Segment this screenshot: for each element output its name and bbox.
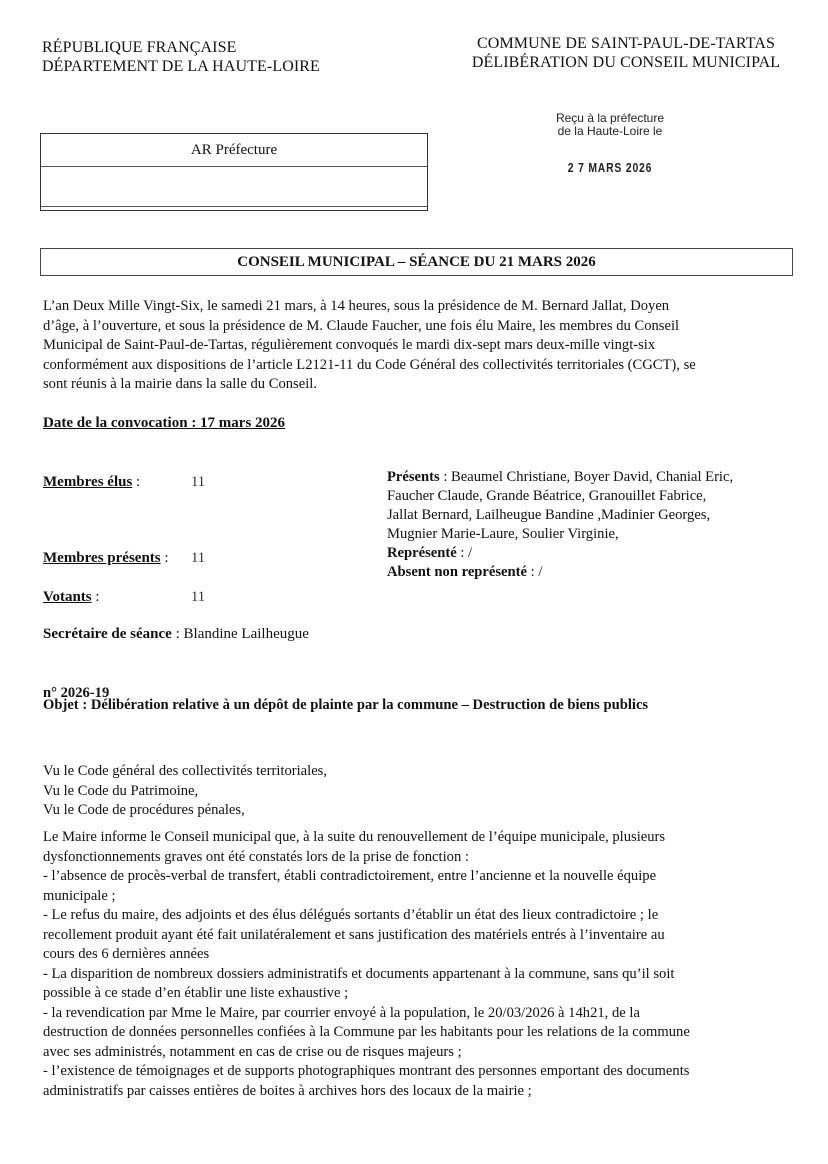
intro-paragraph: L’an Deux Mille Vingt-Six, le samedi 21 … [43,297,793,395]
intro-line: sont réunis à la mairie dans la salle du… [43,375,793,395]
header-left: RÉPUBLIQUE FRANÇAISE DÉPARTEMENT DE LA H… [42,38,320,76]
maire-line: avec ses administrés, notamment en cas d… [43,1043,803,1063]
colon: : [161,550,169,566]
header-departement: DÉPARTEMENT DE LA HAUTE-LOIRE [42,57,320,76]
membres-elus-label: Membres élus : [43,474,140,491]
ar-prefecture-title: AR Préfecture [41,142,427,159]
membres-presents-text: Membres présents [43,550,161,566]
presents-names: Mugnier Marie-Laure, Soulier Virginie, [387,525,807,544]
presents-names: Jallat Bernard, Lailheugue Bandine ,Madi… [387,506,807,525]
presents-names: Faucher Claude, Grande Béatrice, Granoui… [387,487,807,506]
vu-item: Vu le Code de procédures pénales, [43,801,327,821]
votants-value: 11 [191,589,205,606]
presents-label: Présents [387,469,440,485]
membres-presents-value: 11 [191,550,205,567]
stamp-line-2: de la Haute-Loire le [540,125,680,138]
maire-paragraph: Le Maire informe le Conseil municipal qu… [43,828,803,1101]
maire-line: recollement produit ayant été fait unila… [43,926,803,946]
maire-line: - l’existence de témoignages et de suppo… [43,1062,803,1082]
colon: : [132,474,140,490]
represente-label: Représenté [387,545,457,561]
absent-line: Absent non représenté : / [387,563,807,582]
maire-line: destruction de données personnelles conf… [43,1023,803,1043]
absent-label: Absent non représenté [387,564,527,580]
vu-list: Vu le Code général des collectivités ter… [43,762,327,821]
divider [41,206,427,207]
maire-line: possible à ce stade d’en établir une lis… [43,984,803,1004]
membres-elus-value: 11 [191,474,205,491]
maire-line: - la revendication par Mme le Maire, par… [43,1004,803,1024]
represente-value: : / [457,545,472,561]
ar-prefecture-box: AR Préfecture [40,133,428,211]
vu-item: Vu le Code du Patrimoine, [43,782,327,802]
votants-text: Votants [43,589,92,605]
deliberation-objet: Objet : Délibération relative à un dépôt… [43,697,803,714]
reception-stamp: Reçu à la préfecture de la Haute-Loire l… [540,112,680,138]
maire-line: dysfonctionnements graves ont été consta… [43,848,803,868]
membres-elus-text: Membres élus [43,474,132,490]
colon: : [172,626,184,642]
header-right: COMMUNE DE SAINT-PAUL-DE-TARTAS DÉLIBÉRA… [466,34,786,72]
intro-line: conformément aux dispositions de l’artic… [43,356,793,376]
seance-title: CONSEIL MUNICIPAL – SÉANCE DU 21 MARS 20… [40,248,793,276]
secretaire-value: Blandine Lailheugue [184,626,309,642]
maire-line: administratifs par caisses entières de b… [43,1082,803,1102]
presents-names: : Beaumel Christiane, Boyer David, Chani… [440,469,733,485]
secretaire-label: Secrétaire de séance [43,626,172,642]
membres-presents-label: Membres présents : [43,550,169,567]
attendance-block: Présents : Beaumel Christiane, Boyer Dav… [387,468,807,582]
intro-line: Municipal de Saint-Paul-de-Tartas, régul… [43,336,793,356]
colon: : [92,589,100,605]
absent-value: : / [527,564,542,580]
maire-line: municipale ; [43,887,803,907]
presents-line: Présents : Beaumel Christiane, Boyer Dav… [387,468,807,487]
intro-line: L’an Deux Mille Vingt-Six, le samedi 21 … [43,297,793,317]
maire-line: - La disparition de nombreux dossiers ad… [43,965,803,985]
votants-label: Votants : [43,589,100,606]
represente-line: Représenté : / [387,544,807,563]
convocation-date: Date de la convocation : 17 mars 2026 [43,415,285,432]
vu-item: Vu le Code général des collectivités ter… [43,762,327,782]
intro-line: d’âge, à l’ouverture, et sous la préside… [43,317,793,337]
header-republique: RÉPUBLIQUE FRANÇAISE [42,38,320,57]
maire-line: Le Maire informe le Conseil municipal qu… [43,828,803,848]
secretaire-seance: Secrétaire de séance : Blandine Lailheug… [43,626,309,643]
maire-line: - Le refus du maire, des adjoints et des… [43,906,803,926]
stamp-date: 2 7 MARS 2026 [554,160,666,175]
maire-line: - l’absence de procès-verbal de transfer… [43,867,803,887]
header-commune: COMMUNE DE SAINT-PAUL-DE-TARTAS [466,34,786,53]
divider [41,166,427,167]
header-deliberation: DÉLIBÉRATION DU CONSEIL MUNICIPAL [466,53,786,72]
maire-line: cours des 6 dernières années [43,945,803,965]
